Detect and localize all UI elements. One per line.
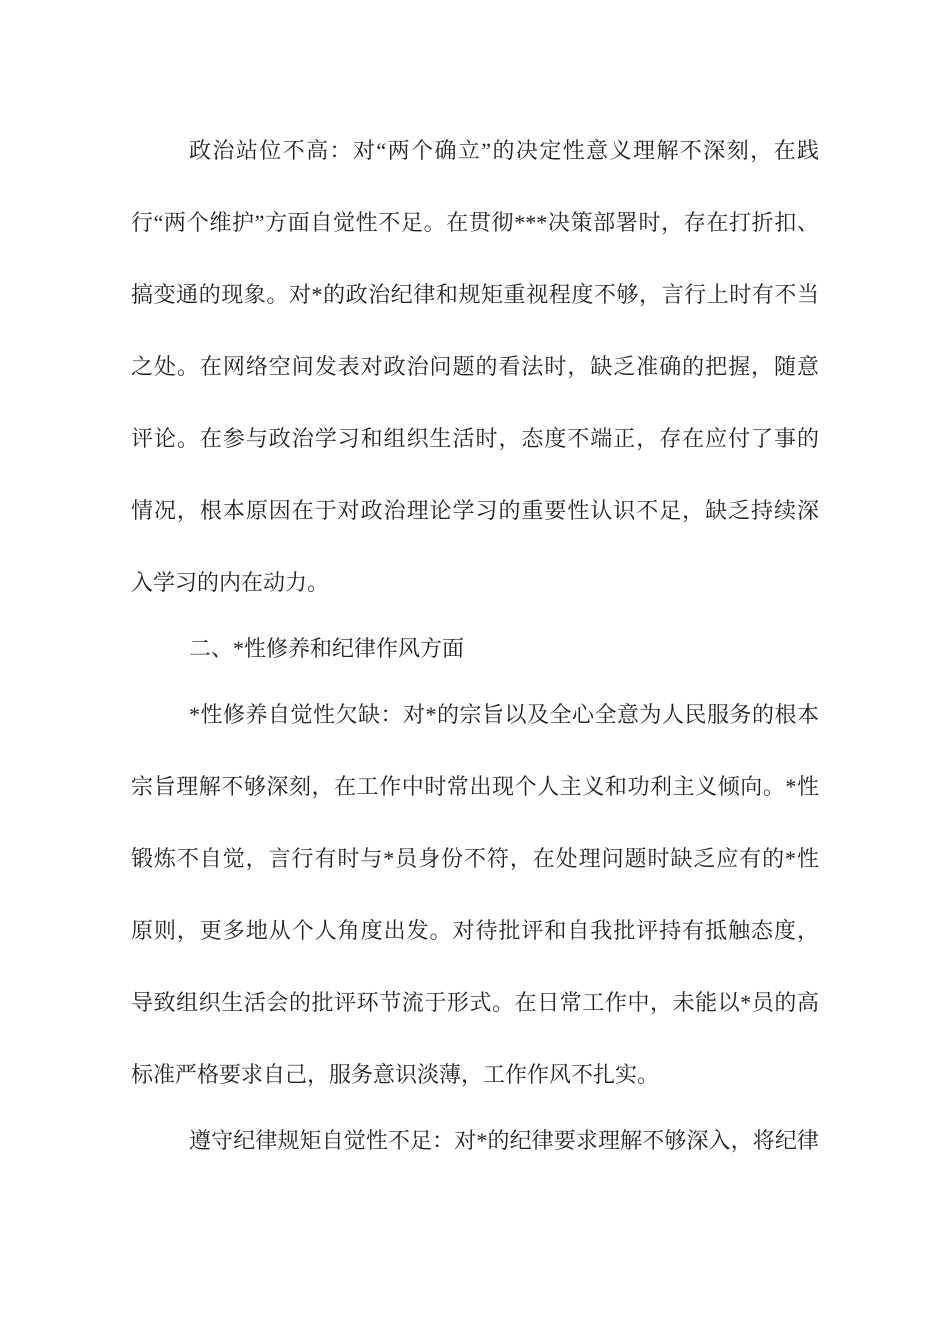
document-page: 政治站位不高：对“两个确立”的决定性意义理解不深刻，在践行“两个维护”方面自觉性… — [0, 0, 950, 1344]
section-heading: 二、*性修养和纪律作风方面 — [131, 613, 819, 685]
text-line: 政治站位不高：对“两个确立”的决定性意义理解不深刻，在践 — [131, 115, 819, 187]
text-line: 入学习的内在动力。 — [131, 547, 819, 619]
paragraph: *性修养自觉性欠缺：对*的宗旨以及全心全意为人民服务的根本宗旨理解不够深刻，在工… — [131, 679, 819, 1111]
text-line: 遵守纪律规矩自觉性不足：对*的纪律要求理解不够深入，将纪律 — [131, 1105, 819, 1177]
paragraph: 遵守纪律规矩自觉性不足：对*的纪律要求理解不够深入，将纪律 — [131, 1105, 819, 1177]
text-line: 锻炼不自觉，言行有时与*员身份不符，在处理问题时缺乏应有的*性 — [131, 823, 819, 895]
text-line: 标准严格要求自己，服务意识淡薄，工作作风不扎实。 — [131, 1039, 819, 1111]
document-content: 政治站位不高：对“两个确立”的决定性意义理解不深刻，在践行“两个维护”方面自觉性… — [131, 115, 819, 1177]
paragraph: 政治站位不高：对“两个确立”的决定性意义理解不深刻，在践行“两个维护”方面自觉性… — [131, 115, 819, 619]
text-line: 导致组织生活会的批评环节流于形式。在日常工作中，未能以*员的高 — [131, 967, 819, 1039]
heading-line: 二、*性修养和纪律作风方面 — [131, 613, 819, 685]
text-line: 行“两个维护”方面自觉性不足。在贯彻***决策部署时，存在打折扣、 — [131, 187, 819, 259]
text-line: *性修养自觉性欠缺：对*的宗旨以及全心全意为人民服务的根本 — [131, 679, 819, 751]
text-line: 宗旨理解不够深刻，在工作中时常出现个人主义和功利主义倾向。*性 — [131, 751, 819, 823]
text-line: 评论。在参与政治学习和组织生活时，态度不端正，存在应付了事的 — [131, 403, 819, 475]
text-line: 之处。在网络空间发表对政治问题的看法时，缺乏准确的把握，随意 — [131, 331, 819, 403]
text-line: 原则，更多地从个人角度出发。对待批评和自我批评持有抵触态度， — [131, 895, 819, 967]
text-line: 搞变通的现象。对*的政治纪律和规矩重视程度不够，言行上时有不当 — [131, 259, 819, 331]
text-line: 情况，根本原因在于对政治理论学习的重要性认识不足，缺乏持续深 — [131, 475, 819, 547]
